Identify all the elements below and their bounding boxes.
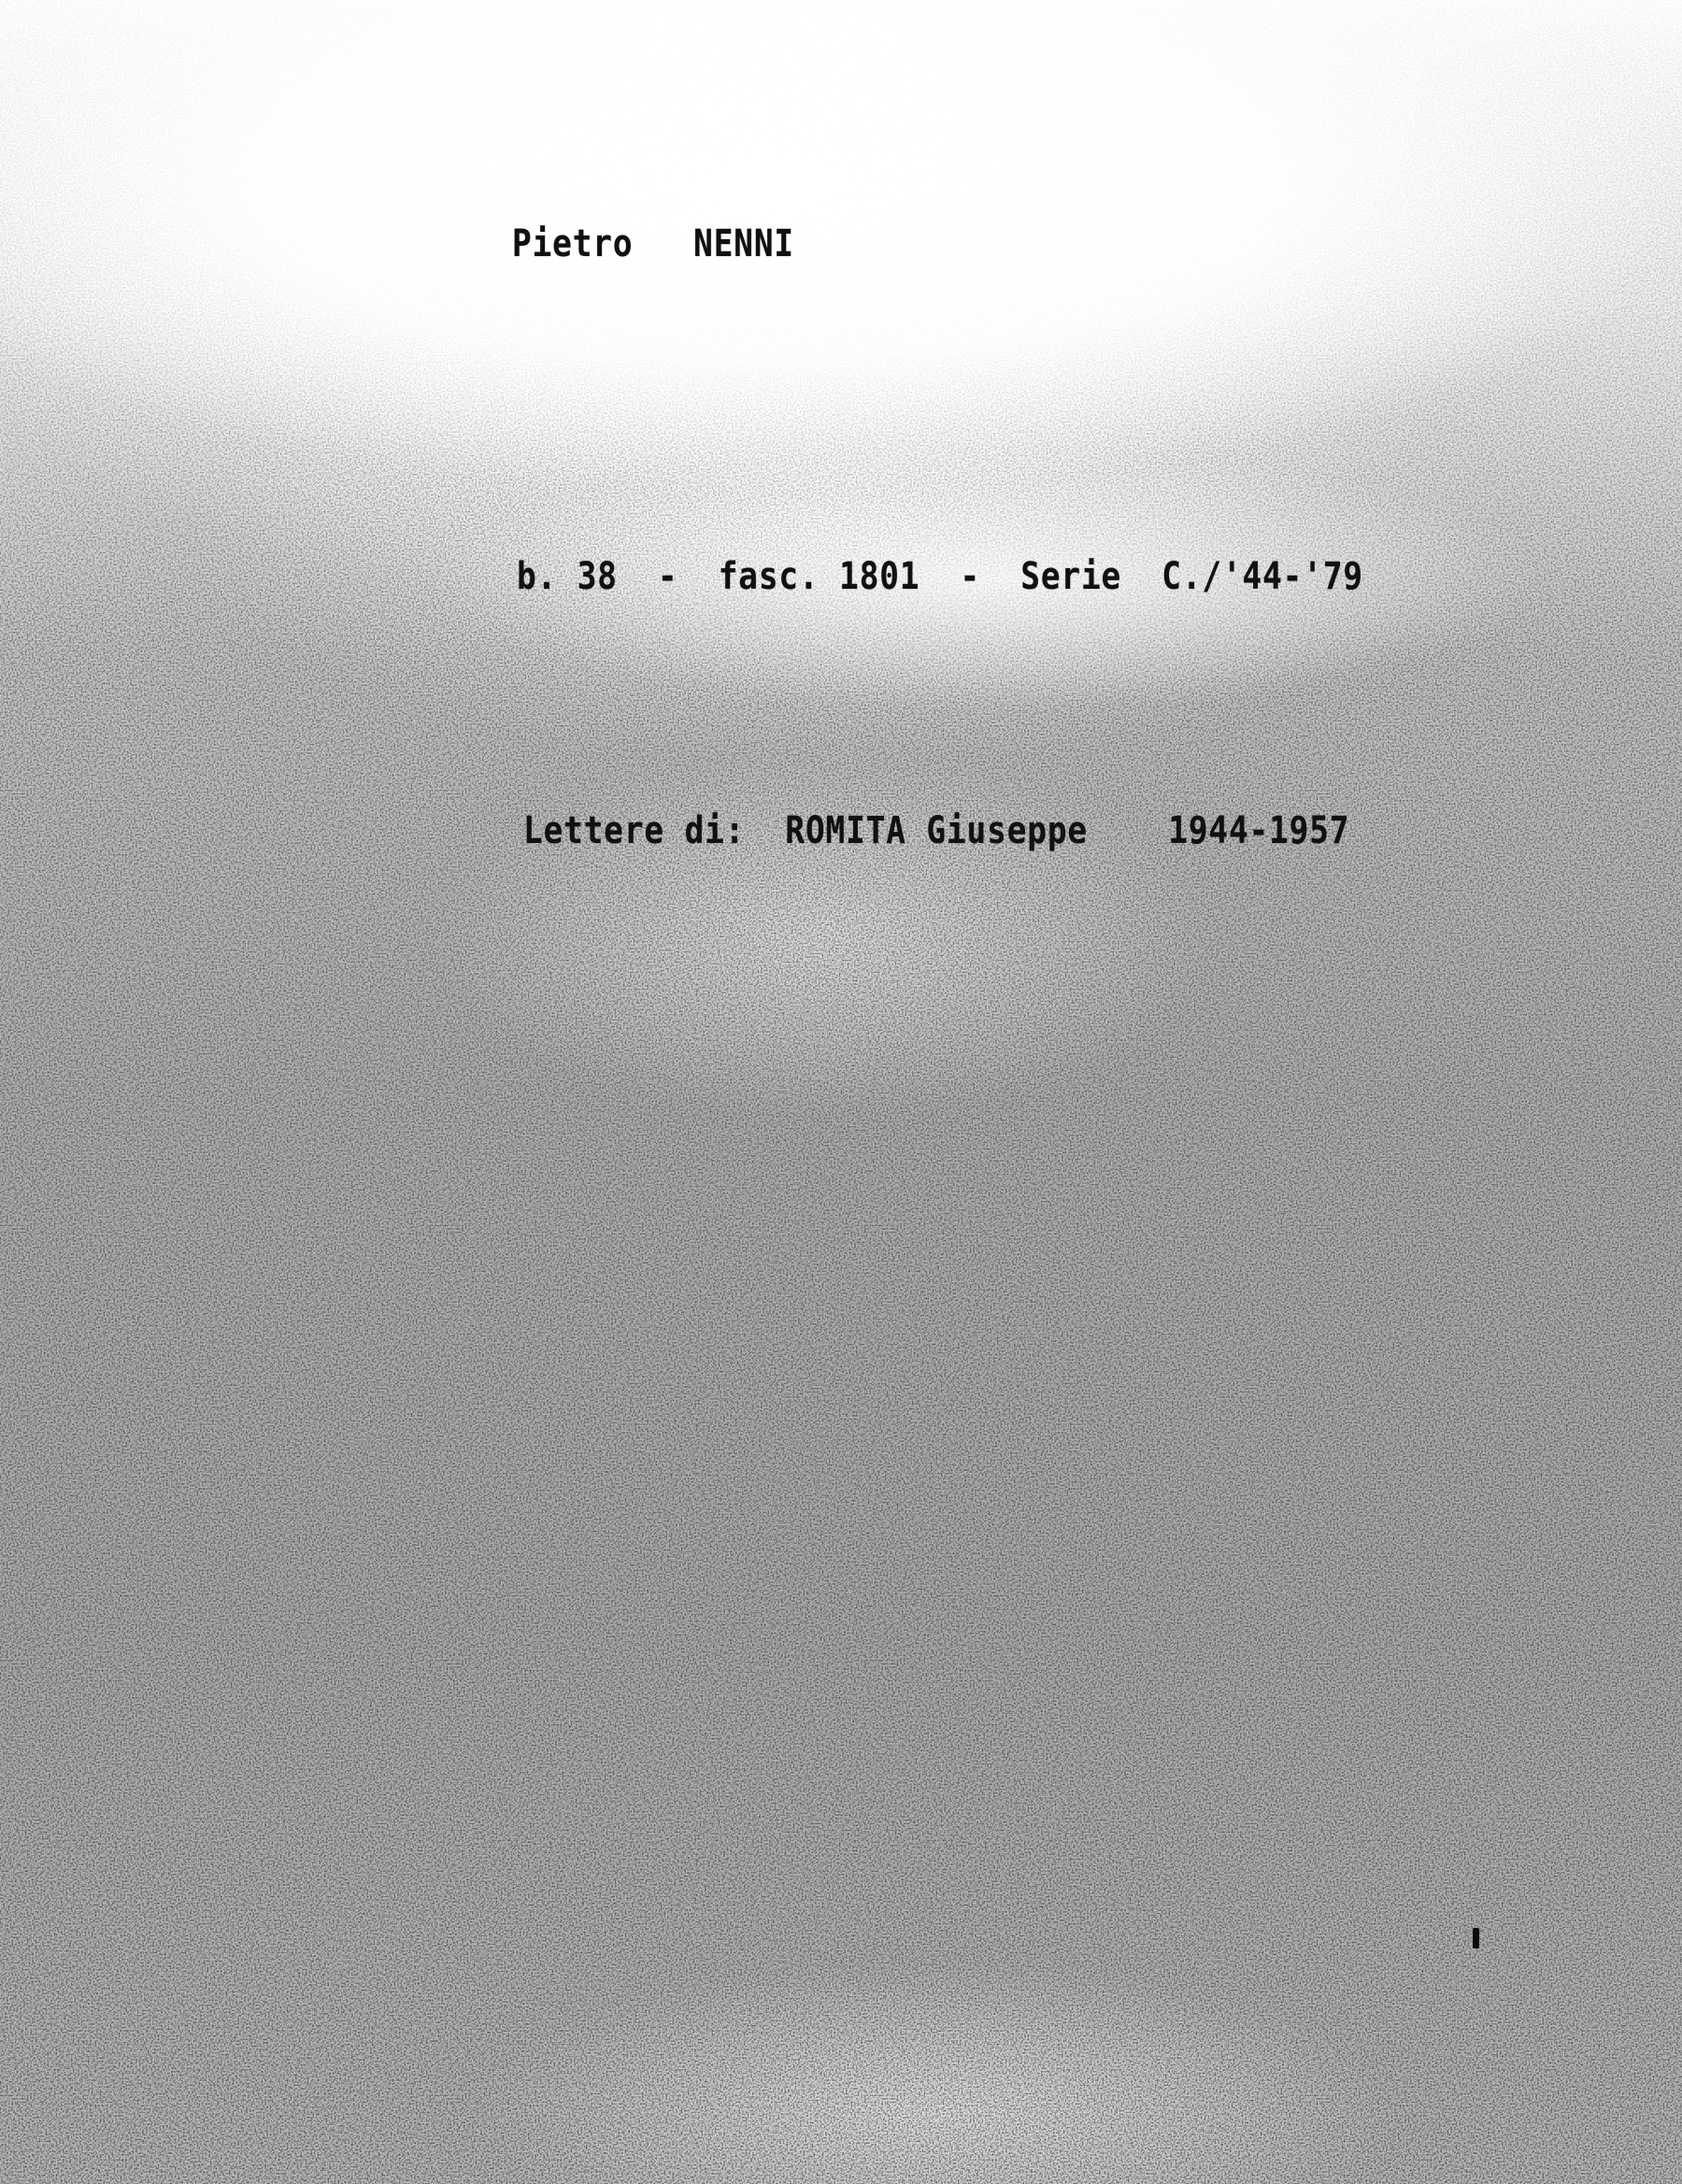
subject-line: Lettere di: ROMITA Giuseppe 1944-1957: [523, 809, 1349, 852]
author-line: Pietro NENNI: [512, 222, 794, 265]
light-band-overlay: [0, 0, 1682, 2184]
reference-line: b. 38 - fasc. 1801 - Serie C./'44-'79: [517, 555, 1363, 598]
toner-speck: [1473, 1928, 1479, 1948]
scanned-document-page: Pietro NENNI b. 38 - fasc. 1801 - Serie …: [0, 0, 1682, 2184]
